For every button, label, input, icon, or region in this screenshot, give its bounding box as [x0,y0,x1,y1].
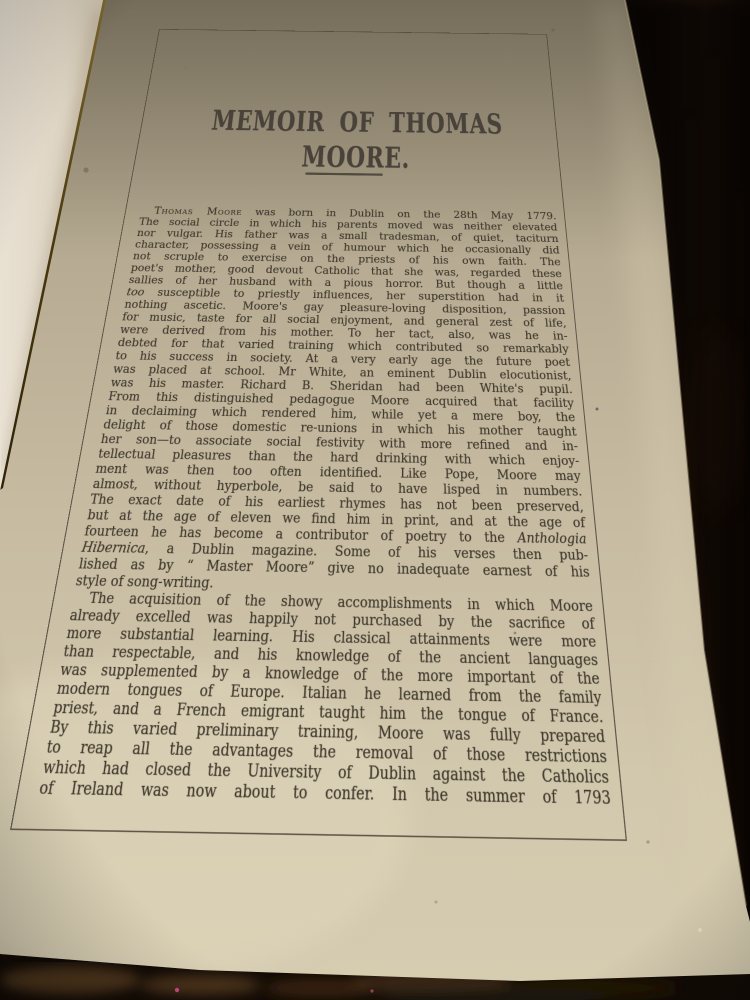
page-title: MEMOIR OF THOMAS MOORE. [184,103,527,178]
book-photo-scene: MEMOIR OF THOMAS MOORE. Thomas Moore was… [0,0,750,1000]
paragraph-2: The acquisition of the showy accomplishm… [38,589,612,808]
paragraph-1: Thomas Moore was born in Dublin on the 2… [75,205,592,598]
